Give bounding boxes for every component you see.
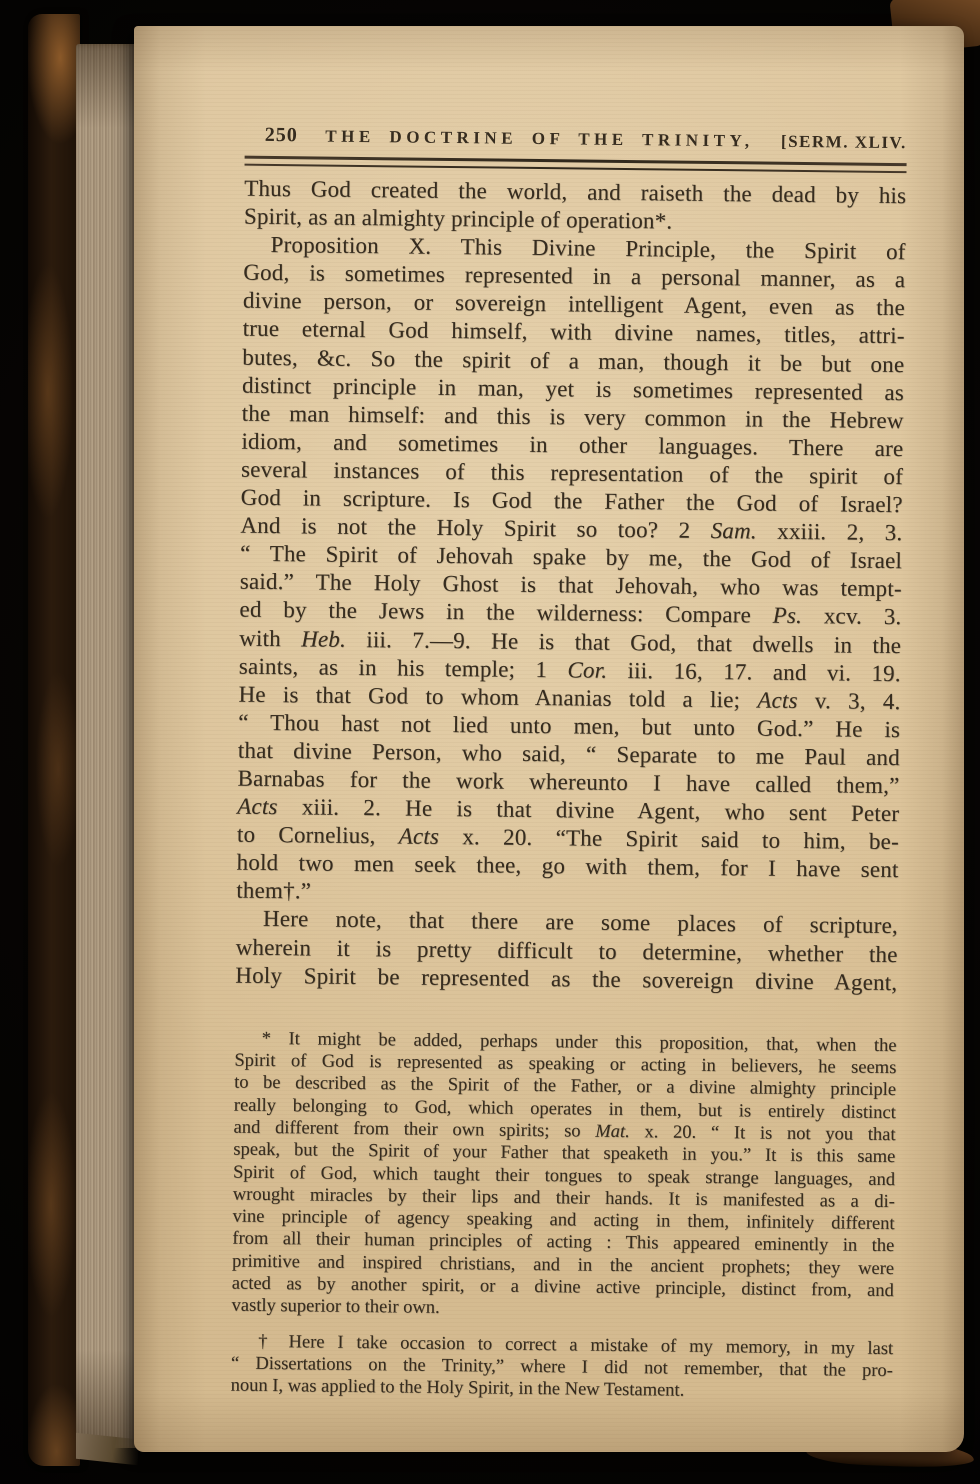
page-header: 250 THE DOCTRINE OF THE TRINITY, [SERM. … [245, 124, 907, 155]
printed-content: 250 THE DOCTRINE OF THE TRINITY, [SERM. … [231, 124, 907, 1405]
sermon-number-label: [SERM. XLIV. [781, 132, 907, 153]
page-number: 250 [245, 124, 298, 148]
book-spine [28, 14, 80, 1466]
body-text: Thus God created the world, and raiseth … [235, 175, 906, 997]
paragraph: * It might be added, perhaps under this … [231, 1027, 896, 1324]
footnotes: * It might be added, perhaps under this … [231, 1027, 897, 1404]
paragraph: † Here I take occasion to correct a mist… [231, 1330, 894, 1404]
paragraph: Thus God created the world, and raiseth … [244, 175, 907, 239]
book-page: 250 THE DOCTRINE OF THE TRINITY, [SERM. … [134, 26, 964, 1452]
book-photo-scene: 250 THE DOCTRINE OF THE TRINITY, [SERM. … [0, 0, 980, 1484]
paragraph: Proposition X. This Divine Principle, th… [236, 231, 906, 913]
paragraph: Here note, that there are some places of… [235, 905, 898, 997]
header-double-rule [245, 156, 907, 174]
page-edges-stack [76, 44, 138, 1448]
running-title: THE DOCTRINE OF THE TRINITY, [298, 126, 781, 151]
